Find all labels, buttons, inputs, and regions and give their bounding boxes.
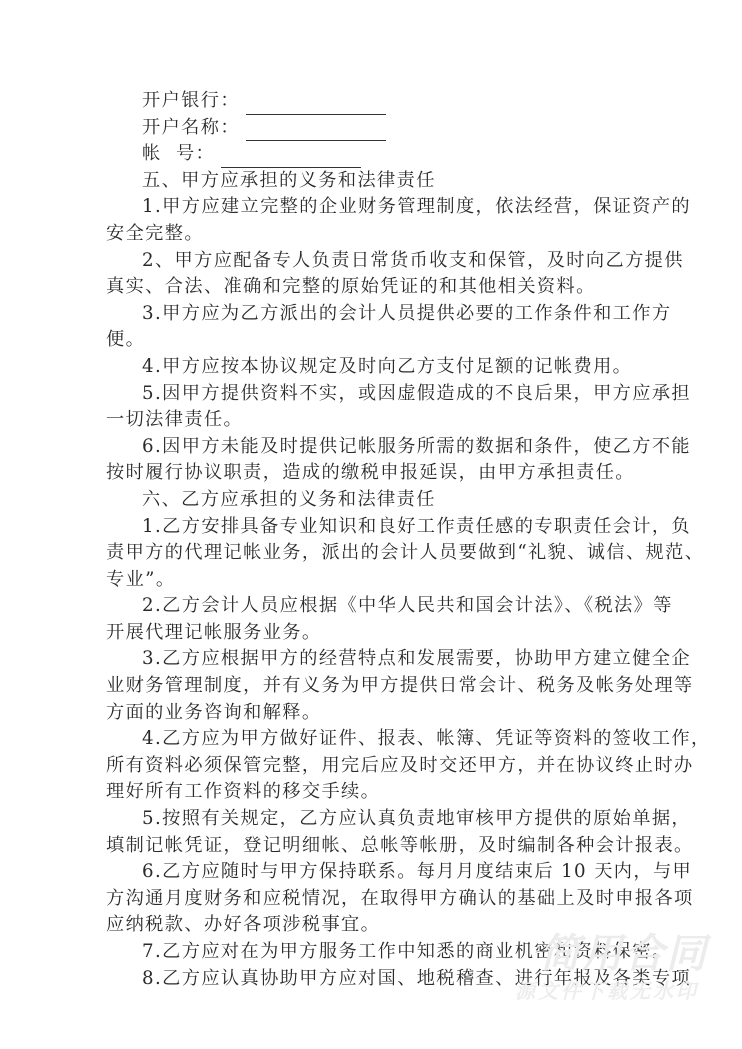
account-name-blank[interactable]: [246, 122, 386, 141]
watermark-logo: 简用合同: [540, 922, 708, 979]
paragraph-line: 一切法律责任。: [106, 407, 632, 434]
account-number-label: 帐 号：: [142, 141, 215, 168]
account-number-blank[interactable]: [221, 149, 361, 168]
paragraph-line: 3.乙方应根据甲方的经营特点和发展需要，协助甲方建立健全企: [142, 646, 632, 673]
document-page: 开户银行： 开户名称： 帐 号： 五、甲方应承担的义务和法律责任 1.甲方应建立…: [0, 0, 742, 1049]
paragraph-line: 填制记帐凭证，登记明细帐、总帐等帐册，及时编制各种会计报表。: [106, 833, 632, 860]
document-body: 开户银行： 开户名称： 帐 号： 五、甲方应承担的义务和法律责任 1.甲方应建立…: [142, 88, 632, 992]
watermark-caption: 源文件下载无水印: [515, 975, 699, 1004]
account-number-field: 帐 号：: [142, 141, 632, 168]
bank-field: 开户银行：: [142, 88, 632, 115]
paragraph-line: 6.因甲方未能及时提供记帐服务所需的数据和条件，使乙方不能: [142, 434, 632, 461]
paragraph-line: 责甲方的代理记帐业务，派出的会计人员要做到“礼貌、诚信、规范、: [106, 540, 632, 567]
paragraph-line: 业财务管理制度，并有义务为甲方提供日常会计、税务及帐务处理等: [106, 673, 632, 700]
paragraph-line: 3.甲方应为乙方派出的会计人员提供必要的工作条件和工作方: [142, 301, 632, 328]
paragraph-line: 5.因甲方提供资料不实，或因虚假造成的不良后果，甲方应承担: [142, 381, 632, 408]
paragraph-line: 开展代理记帐服务业务。: [106, 620, 632, 647]
paragraph-line: 所有资料必须保管完整，用完后应及时交还甲方，并在协议终止时办: [106, 753, 632, 780]
paragraph-line: 1.乙方安排具备专业知识和良好工作责任感的专职责任会计，负: [142, 514, 632, 541]
paragraph-line: 理好所有工作资料的移交手续。: [106, 779, 632, 806]
section-heading-5: 五、甲方应承担的义务和法律责任: [142, 168, 632, 195]
paragraph-line: 真实、合法、准确和完整的原始凭证的和其他相关资料。: [106, 274, 632, 301]
paragraph-line: 6.乙方应随时与甲方保持联系。每月月度结束后 10 天内，与甲: [142, 859, 632, 886]
paragraph-line: 专业”。: [106, 567, 632, 594]
paragraph-line: 2.乙方会计人员应根据《中华人民共和国会计法》、《税法》等: [142, 593, 632, 620]
paragraph-line: 按时履行协议职责，造成的缴税申报延误，由甲方承担责任。: [106, 460, 632, 487]
paragraph-line: 安全完整。: [106, 221, 632, 248]
paragraph-line: 4.乙方应为甲方做好证件、报表、帐簿、凭证等资料的签收工作，: [142, 726, 632, 753]
paragraph-line: 1.甲方应建立完整的企业财务管理制度，依法经营，保证资产的: [142, 194, 632, 221]
paragraph-line: 4.甲方应按本协议规定及时向乙方支付足额的记帐费用。: [142, 354, 632, 381]
paragraph-line: 方沟通月度财务和应税情况，在取得甲方确认的基础上及时申报各项: [106, 886, 632, 913]
account-name-label: 开户名称：: [142, 115, 240, 142]
bank-label: 开户银行：: [142, 88, 240, 115]
paragraph-line: 方面的业务咨询和解释。: [106, 700, 632, 727]
bank-blank[interactable]: [246, 96, 386, 115]
paragraph-line: 5.按照有关规定，乙方应认真负责地审核甲方提供的原始单据，: [142, 806, 632, 833]
account-name-field: 开户名称：: [142, 115, 632, 142]
paragraph-line: 2、甲方应配备专人负责日常货币收支和保管，及时向乙方提供: [142, 248, 632, 275]
section-heading-6: 六、乙方应承担的义务和法律责任: [142, 487, 632, 514]
paragraph-line: 便。: [106, 327, 632, 354]
